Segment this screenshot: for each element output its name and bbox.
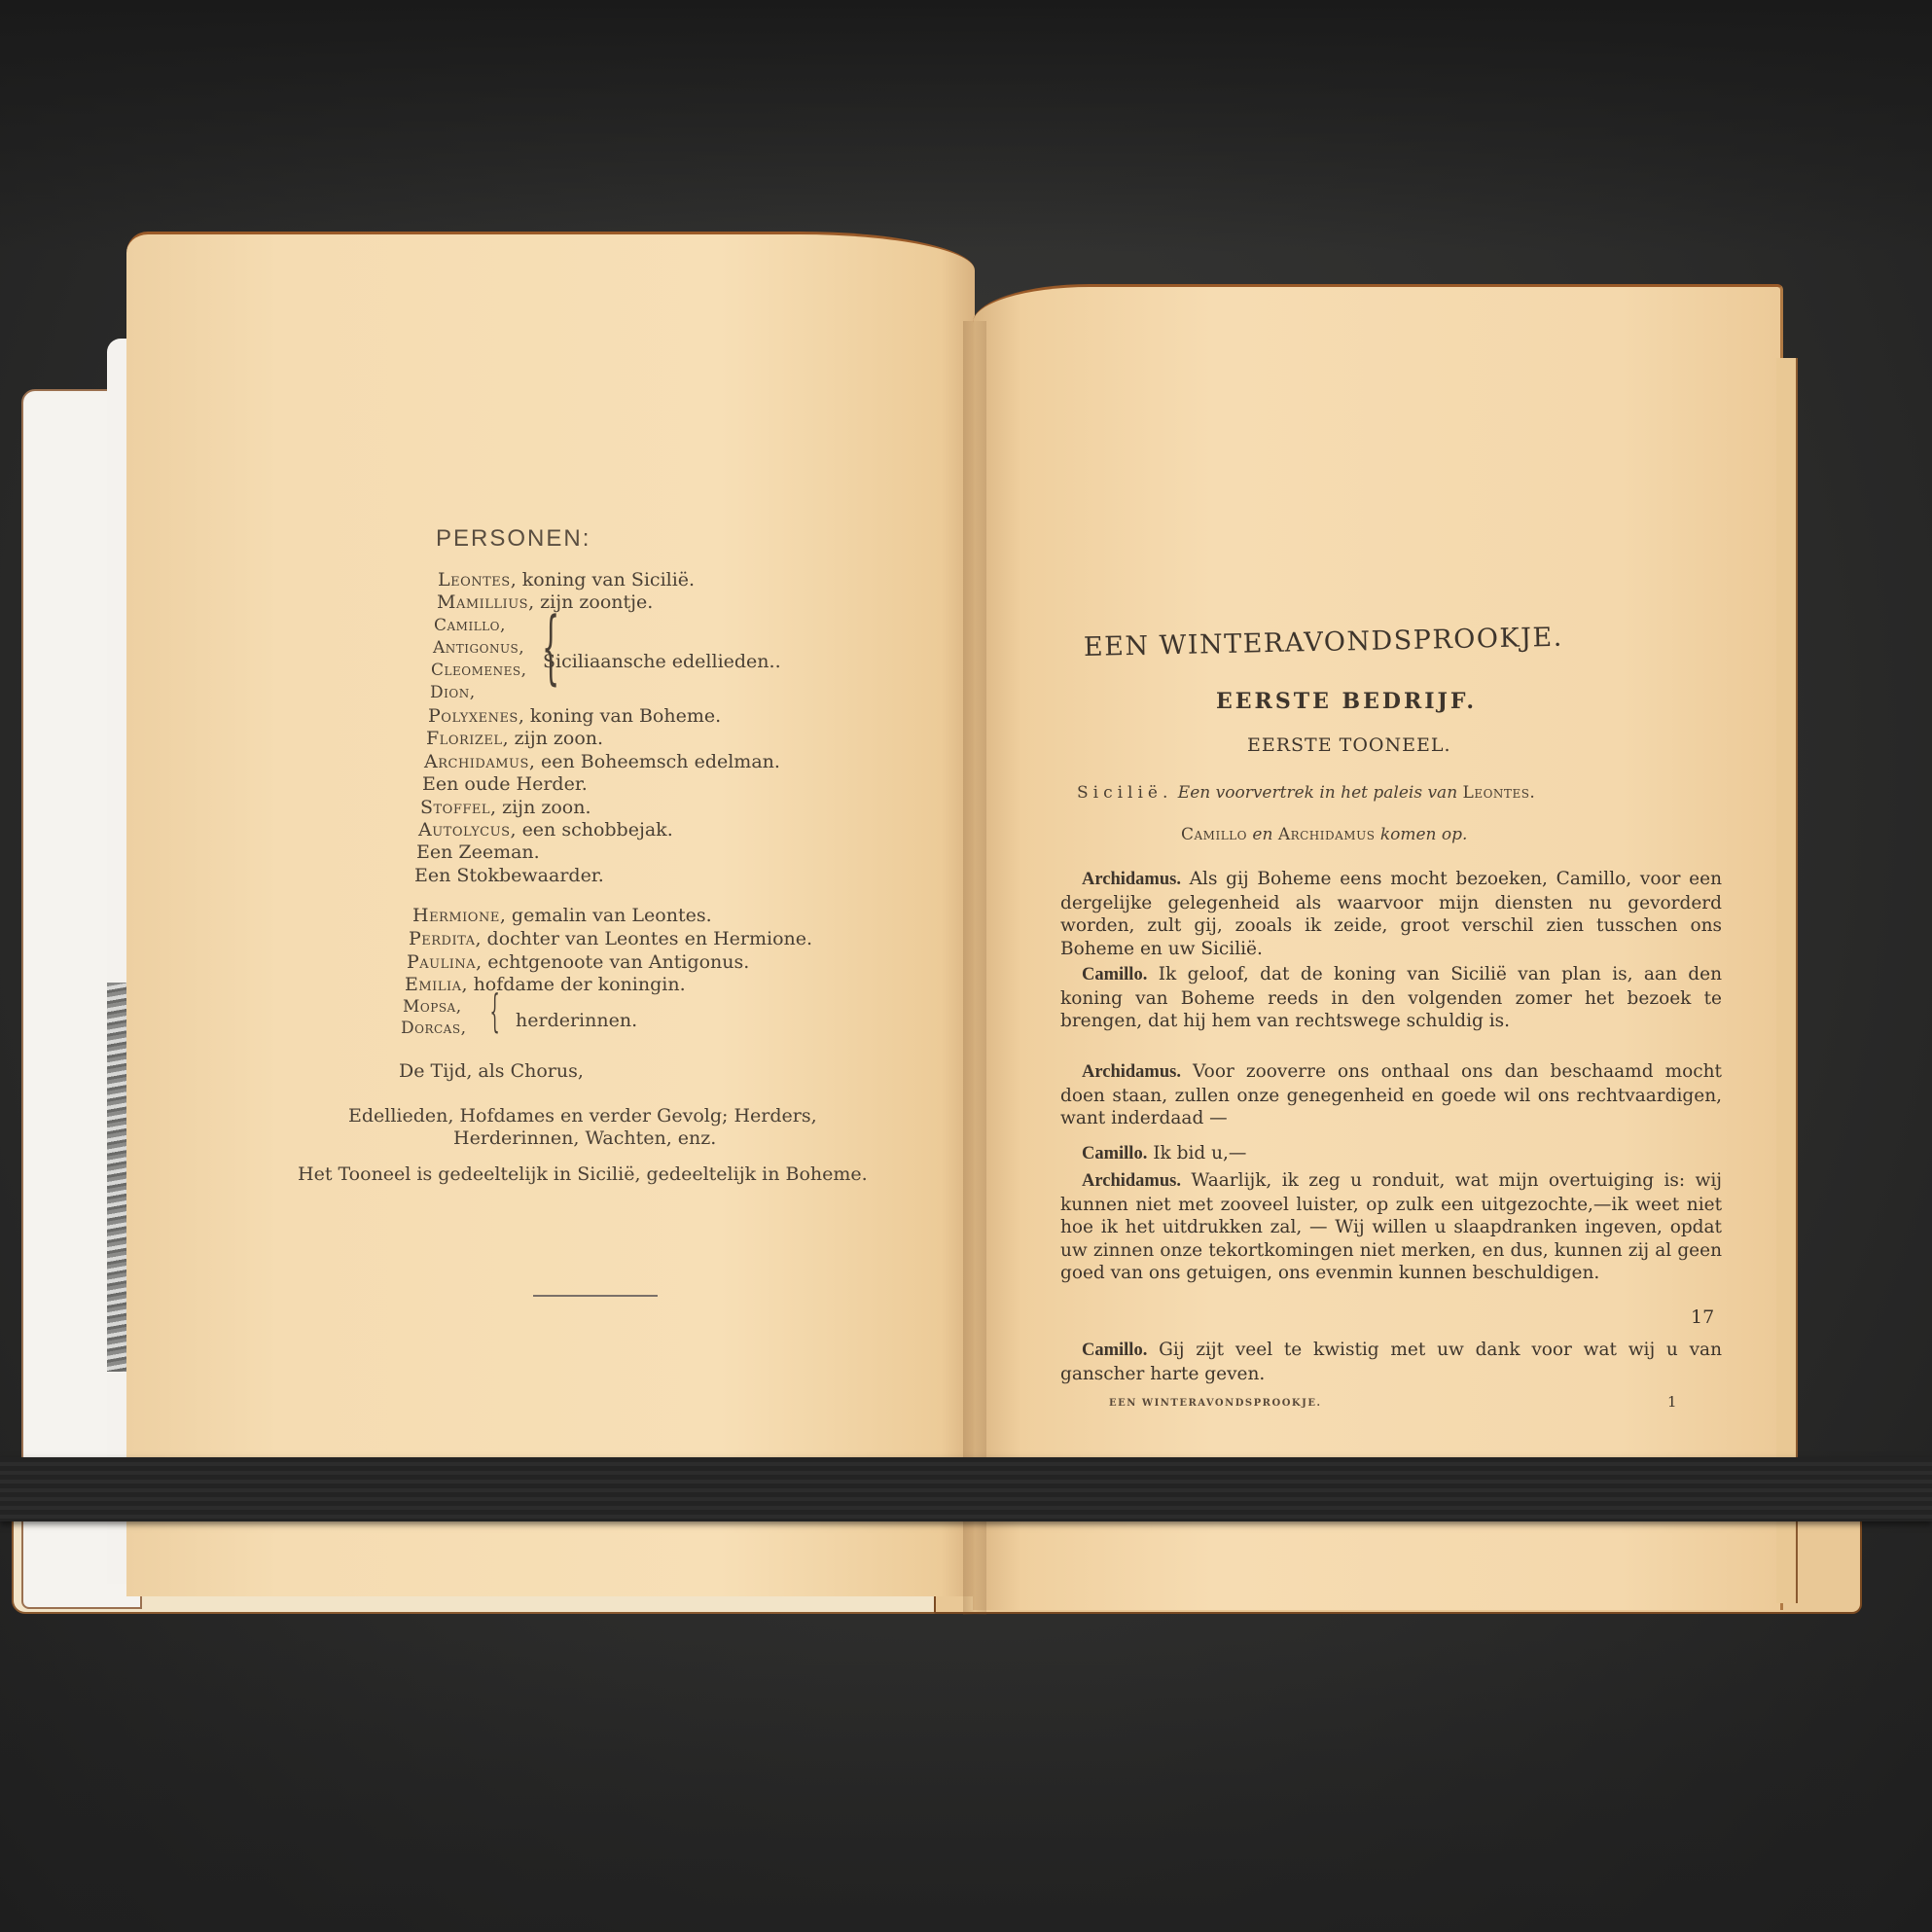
cast-entry: Antigonus, (433, 637, 524, 660)
cast-entry: Stoffel, zijn zoon. (420, 797, 591, 819)
dialogue-speech: Camillo. Gij zijt veel te kwistig met uw… (1060, 1339, 1722, 1385)
cast-entry: Dion, (430, 682, 475, 704)
signature-mark: EEN WINTERAVONDSPROOKJE. (1109, 1398, 1321, 1409)
cast-entry: Autolycus, een schobbejak. (418, 819, 673, 841)
setting-line: Het Tooneel is gedeeltelijk in Siciliё, … (298, 1163, 868, 1186)
dialogue-speech: Archidamus. Waarlijk, ik zeg u ronduit, … (1060, 1169, 1722, 1285)
dialogue-speech: Archidamus. Voor zooverre ons onthaal on… (1060, 1060, 1722, 1130)
cast-entry: Emilia, hofdame der koningin. (405, 974, 686, 996)
page-stack-edge (1776, 358, 1798, 1603)
cast-heading: PERSONEN: (436, 525, 590, 553)
engraved-plate-edge (107, 983, 128, 1372)
dialogue-speech: Camillo. Ik bid u,— (1060, 1142, 1722, 1166)
dialogue-speech: Archidamus. Als gij Boheme eens mocht be… (1060, 868, 1722, 960)
scene-heading: EERSTE TOONEEL. (1247, 734, 1451, 756)
cast-entry: Een Zeeman. (416, 841, 540, 864)
retinue-line-2: Herderinnen, Wachten, enz. (453, 1127, 716, 1150)
elastic-band (0, 1457, 1932, 1521)
cast-entry: Een oude Herder. (422, 773, 588, 796)
group-label-shepherdesses: herderinnen. (516, 1010, 637, 1032)
act-heading: EERSTE BEDRIJF. (1216, 689, 1477, 714)
signature-number: 1 (1667, 1393, 1677, 1411)
table-surface (0, 1634, 1932, 1932)
cast-entry: Paulina, echtgenoote van Antigonus. (407, 951, 749, 974)
cast-entry: Archidamus, een Boheemsch edelman. (424, 751, 780, 773)
cast-entry: Leontes, koning van Siciliё. (438, 569, 695, 591)
cast-entry: Florizel, zijn zoon. (426, 728, 603, 750)
table-surface-shadow (0, 0, 1932, 253)
cast-entry: Mopsa, (403, 996, 461, 1019)
cast-entry: Camillo, (434, 615, 505, 637)
cast-entry: Dorcas, (401, 1018, 466, 1040)
brace-icon: { (542, 601, 559, 694)
cast-entry: Polyxenes, koning van Boheme. (428, 705, 721, 728)
cast-entry: Hermione, gemalin van Leontes. (412, 905, 712, 927)
retinue-line-1: Edellieden, Hofdames en verder Gevolg; H… (348, 1105, 817, 1127)
dialogue-speech: Camillo. Ik geloof, dat de koning van Si… (1060, 963, 1722, 1033)
scene-location: Siciliё. Een voorvertrek in het paleis v… (1077, 783, 1535, 803)
cast-entry: Een Stokbewaarder. (414, 865, 604, 887)
margin-page-number: 17 (1691, 1306, 1714, 1328)
chorus-line: De Tijd, als Chorus, (399, 1060, 584, 1083)
end-rule (533, 1295, 658, 1297)
cast-entry: Cleomenes, (431, 660, 526, 682)
cast-entry: Perdita, dochter van Leontes en Hermione… (409, 928, 812, 950)
stage-direction: Camillo en Archidamus komen op. (1181, 825, 1467, 844)
group-label-sicilian: Siciliaansche edellieden.. (543, 651, 781, 673)
book-gutter (963, 321, 986, 1615)
brace-icon: { (490, 984, 500, 1037)
